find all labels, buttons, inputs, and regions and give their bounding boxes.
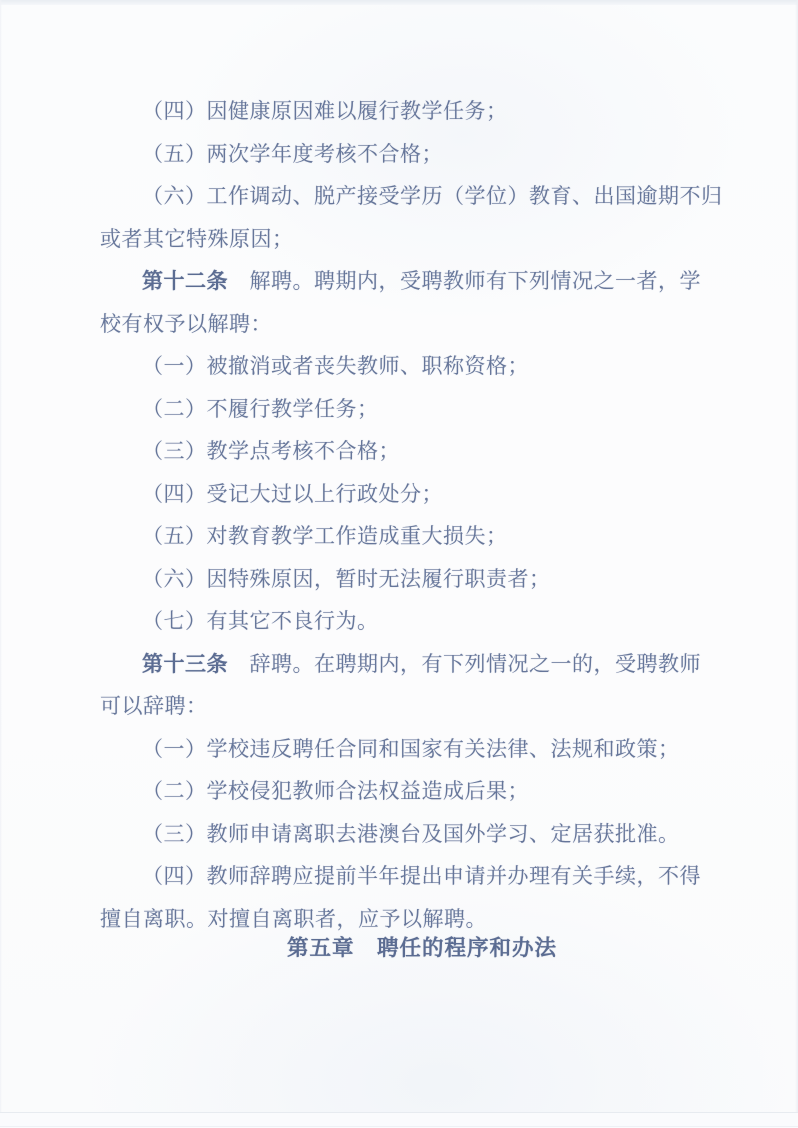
text-line: 第十三条 辞聘。在聘期内，有下列情况之一的，受聘教师: [100, 642, 704, 685]
text-line: （四）教师辞聘应提前半年提出申请并办理有关手续，不得: [100, 854, 704, 897]
scan-edge-bottom-line: [0, 1126, 798, 1127]
line-text: （四）教师辞聘应提前半年提出申请并办理有关手续，不得: [142, 860, 701, 890]
line-text: 擅自离职。对擅自离职者，应予以解聘。: [100, 903, 487, 933]
line-text: （三）教师申请离职去港澳台及国外学习、定居获批准。: [142, 818, 680, 848]
text-line: （六）工作调动、脱产接受学历（学位）教育、出国逾期不归: [100, 174, 704, 217]
line-text: （二）学校侵犯教师合法权益造成后果；: [142, 775, 529, 805]
line-text: （二）不履行教学任务；: [142, 393, 379, 423]
article-number: 第十三条: [142, 648, 228, 678]
text-line: （五）两次学年度考核不合格；: [100, 132, 704, 175]
text-line: （四）受记大过以上行政处分；: [100, 472, 704, 515]
text-line: （一）学校违反聘任合同和国家有关法律、法规和政策；: [100, 727, 704, 770]
scan-edge-top: [0, 0, 798, 5]
text-line: （三）教师申请离职去港澳台及国外学习、定居获批准。: [100, 812, 704, 855]
line-text: （六）工作调动、脱产接受学历（学位）教育、出国逾期不归: [142, 180, 723, 210]
document-body: （四）因健康原因难以履行教学任务；（五）两次学年度考核不合格；（六）工作调动、脱…: [100, 89, 704, 968]
text-line: （一）被撤消或者丧失教师、职称资格；: [100, 344, 704, 387]
line-text: （三）教学点考核不合格；: [142, 435, 400, 465]
text-line: 校有权予以解聘：: [100, 302, 704, 345]
text-line: （七）有其它不良行为。: [100, 599, 704, 642]
line-text: 可以辞聘：: [100, 690, 208, 720]
line-text: 校有权予以解聘：: [100, 308, 272, 338]
text-line: 第十二条 解聘。聘期内，受聘教师有下列情况之一者，学: [100, 259, 704, 302]
line-text: 或者其它特殊原因；: [100, 223, 294, 253]
text-line: 可以辞聘：: [100, 684, 704, 727]
line-text: 解聘。聘期内，受聘教师有下列情况之一者，学: [228, 265, 701, 295]
line-text: （一）被撤消或者丧失教师、职称资格；: [142, 350, 529, 380]
text-line: （二）学校侵犯教师合法权益造成后果；: [100, 769, 704, 812]
text-line: （六）因特殊原因，暂时无法履行职责者；: [100, 557, 704, 600]
text-line: （二）不履行教学任务；: [100, 387, 704, 430]
text-line: （三）教学点考核不合格；: [100, 429, 704, 472]
line-text: （七）有其它不良行为。: [142, 605, 379, 635]
line-text: （六）因特殊原因，暂时无法履行职责者；: [142, 563, 551, 593]
text-line: 或者其它特殊原因；: [100, 217, 704, 260]
article-number: 第十二条: [142, 265, 228, 295]
line-text: （四）因健康原因难以履行教学任务；: [142, 95, 508, 125]
line-text: （四）受记大过以上行政处分；: [142, 478, 443, 508]
line-text: 辞聘。在聘期内，有下列情况之一的，受聘教师: [228, 648, 701, 678]
line-text: （五）两次学年度考核不合格；: [142, 138, 443, 168]
line-text: （一）学校违反聘任合同和国家有关法律、法规和政策；: [142, 733, 680, 763]
scan-edge-bottom: [0, 1112, 798, 1128]
body-lines: （四）因健康原因难以履行教学任务；（五）两次学年度考核不合格；（六）工作调动、脱…: [100, 89, 704, 939]
scanned-document-page: （四）因健康原因难以履行教学任务；（五）两次学年度考核不合格；（六）工作调动、脱…: [0, 0, 798, 1128]
line-text: （五）对教育教学工作造成重大损失；: [142, 520, 508, 550]
text-line: （五）对教育教学工作造成重大损失；: [100, 514, 704, 557]
scan-edge-left: [0, 0, 2, 1128]
text-line: （四）因健康原因难以履行教学任务；: [100, 89, 704, 132]
